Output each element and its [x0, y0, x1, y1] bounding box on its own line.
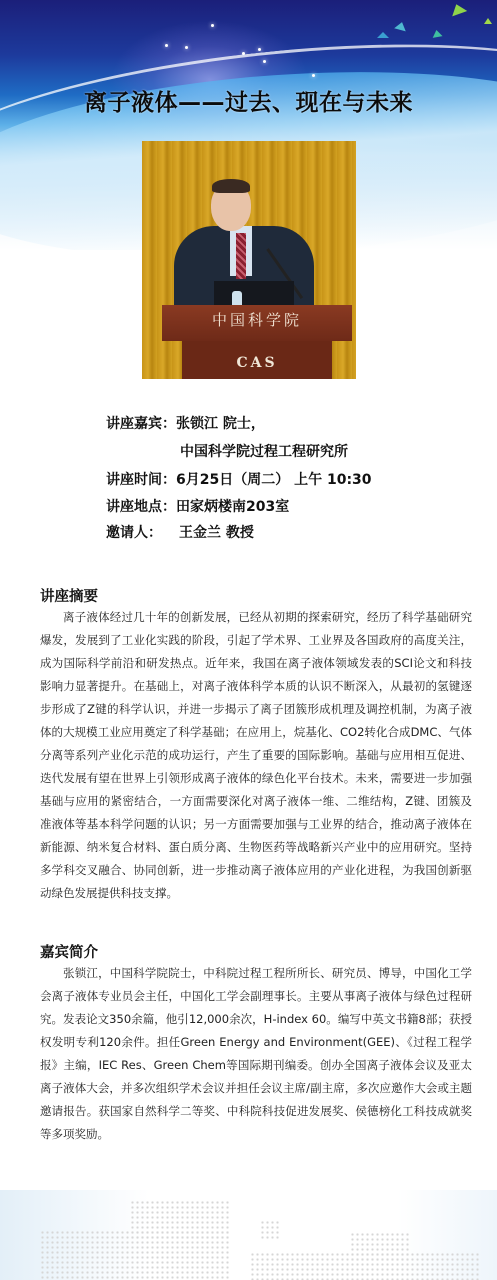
abstract-heading: 讲座摘要	[40, 585, 98, 606]
world-map-decoration	[0, 1190, 497, 1280]
star-decoration	[312, 74, 315, 77]
abstract-text: 离子液体经过几十年的创新发展，已经从初期的探索研究，经历了科学基础研究爆发，发展…	[40, 606, 472, 905]
map-dots	[260, 1220, 280, 1240]
speaker-row: 讲座嘉宾：张锁江 院士，	[106, 413, 265, 433]
podium-cas-label: CAS	[182, 355, 332, 371]
speaker-affiliation: 中国科学院过程工程研究所	[180, 441, 348, 461]
star-decoration	[258, 48, 261, 51]
time-row: 讲座时间：6月25日（周二） 上午 10:30	[106, 469, 372, 489]
time-label: 讲座时间：	[106, 469, 176, 489]
star-decoration	[185, 46, 188, 49]
map-dots	[130, 1200, 230, 1240]
star-decoration	[263, 60, 266, 63]
bird-icon	[449, 2, 467, 17]
inviter-label: 邀请人：	[106, 522, 179, 542]
bird-icon	[484, 18, 492, 24]
location-row: 讲座地点：田家炳楼南203室	[106, 496, 289, 516]
inviter-row: 邀请人：王金兰 教授	[106, 522, 254, 542]
map-dots	[350, 1232, 410, 1262]
speaker-tie	[236, 233, 246, 279]
star-decoration	[211, 24, 214, 27]
speaker-label: 讲座嘉宾：	[106, 413, 176, 433]
star-decoration	[242, 52, 245, 55]
bio-heading: 嘉宾简介	[40, 941, 98, 962]
podium-label: 中国科学院	[162, 309, 352, 330]
bird-icon	[394, 21, 408, 32]
page-title: 离子液体——过去、现在与未来	[0, 84, 497, 117]
location-label: 讲座地点：	[106, 496, 176, 516]
star-decoration	[165, 44, 168, 47]
time-value: 6月25日（周二） 上午 10:30	[176, 472, 372, 488]
bird-icon	[377, 32, 389, 38]
location-value: 田家炳楼南203室	[176, 499, 289, 515]
speaker-photo: 中国科学院 CAS	[142, 141, 356, 379]
bio-text: 张锁江，中国科学院院士，中科院过程工程所所长、研究员、博导，中国化工学会离子液体…	[40, 962, 472, 1146]
bird-icon	[431, 29, 442, 38]
speaker-value: 张锁江 院士，	[176, 416, 265, 432]
inviter-value: 王金兰 教授	[179, 525, 254, 541]
speaker-hair	[212, 179, 250, 193]
